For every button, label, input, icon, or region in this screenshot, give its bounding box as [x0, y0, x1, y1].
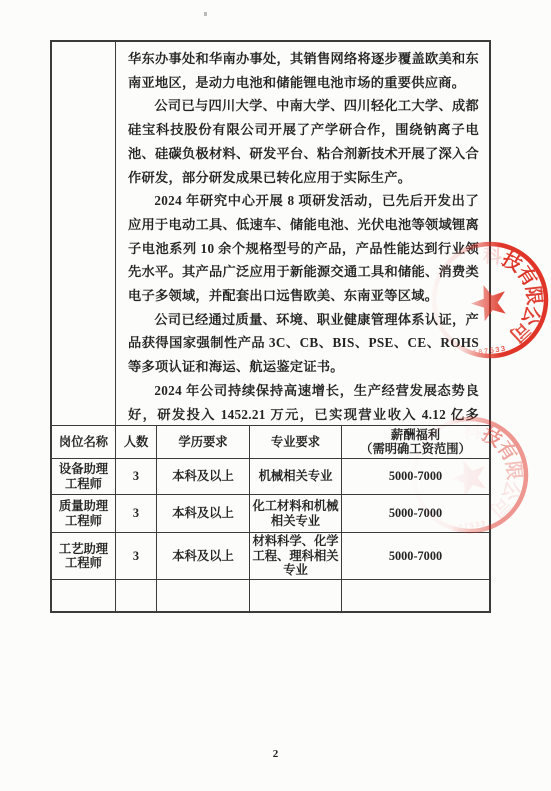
header-salary: 薪酬福利 （需明确工资范围） [342, 426, 489, 459]
header-education: 学历要求 [157, 426, 250, 459]
cell-salary: 5000-7000 [342, 533, 489, 580]
seal-text-char: 限 [501, 460, 525, 481]
cell-headcount-empty [116, 580, 157, 611]
header-headcount: 人数 [116, 426, 157, 459]
cell-headcount: 3 [116, 495, 157, 533]
seal-text-char: 公 [497, 478, 525, 505]
cell-salary: 5000-7000 [342, 495, 489, 533]
cell-position: 设备助理工程师 [52, 459, 116, 495]
cell-education-empty [157, 580, 250, 611]
cell-education: 本科及以上 [157, 495, 250, 533]
cell-major: 机械相关专业 [250, 459, 342, 495]
page-number: 2 [0, 748, 551, 760]
company-intro-section: 华东办事处和华南办事处，其销售网络将逐步覆盖欧美和东南亚地区，是动力电池和储能锂… [52, 42, 489, 425]
intro-paragraph: 公司已经通过质量、环境、职业健康管理体系认证，产品获得国家强制性产品 3C、CB… [128, 308, 479, 379]
intro-paragraph: 公司已与四川大学、中南大学、四川轻化工大学、成都硅宝科技股份有限公司开展了产学研… [128, 94, 479, 189]
jobs-table: 岗位名称 人数 学历要求 专业要求 薪酬福利 （需明确工资范围） 设备助理工程师… [52, 425, 489, 611]
scanned-document-page: 华东办事处和华南办事处，其销售网络将逐步覆盖欧美和东南亚地区，是动力电池和储能锂… [0, 0, 551, 791]
cell-salary-empty [342, 580, 489, 611]
intro-label-column [52, 42, 116, 425]
header-salary-line2: （需明确工资范围） [360, 442, 471, 457]
seal-text-char: 有 [492, 437, 522, 465]
seal-text-char: 有 [512, 262, 542, 290]
seal-text-char: 技 [498, 247, 526, 276]
cell-position-empty [52, 580, 116, 611]
seal-text-char: 司 [505, 317, 534, 346]
company-intro-cell: 华东办事处和华南办事处，其销售网络将逐步覆盖欧美和东南亚地区，是动力电池和储能锂… [116, 42, 489, 425]
header-salary-line1: 薪酬福利 [391, 428, 440, 443]
cell-education: 本科及以上 [157, 533, 250, 580]
header-major: 专业要求 [250, 426, 342, 459]
scan-artifact-speck [204, 12, 207, 16]
cell-education: 本科及以上 [157, 459, 250, 495]
cell-major-empty [250, 580, 342, 611]
cell-position: 质量助理工程师 [52, 495, 116, 533]
cell-headcount: 3 [116, 459, 157, 495]
header-position: 岗位名称 [52, 426, 116, 459]
intro-paragraph: 2024 年公司持续保持高速增长，生产经营发展态势良好，研发投入 1452.21… [128, 379, 479, 425]
seal-text-char: 公 [517, 303, 545, 330]
intro-paragraph: 2024 年研究中心开展 8 项研发活动，已先后开发出了应用于电动工具、低速车、… [128, 189, 479, 308]
cell-salary: 5000-7000 [342, 459, 489, 495]
seal-text-char: 限 [521, 285, 545, 306]
cell-major: 材料科学、化学工程、理科相关专业 [250, 533, 342, 580]
intro-paragraph: 华东办事处和华南办事处，其销售网络将逐步覆盖欧美和东南亚地区，是动力电池和储能锂… [128, 47, 479, 94]
cell-major: 化工材料和机械相关专业 [250, 495, 342, 533]
document-table: 华东办事处和华南办事处，其销售网络将逐步覆盖欧美和东南亚地区，是动力电池和储能锂… [50, 40, 491, 613]
cell-headcount: 3 [116, 533, 157, 580]
cell-position: 工艺助理工程师 [52, 533, 116, 580]
